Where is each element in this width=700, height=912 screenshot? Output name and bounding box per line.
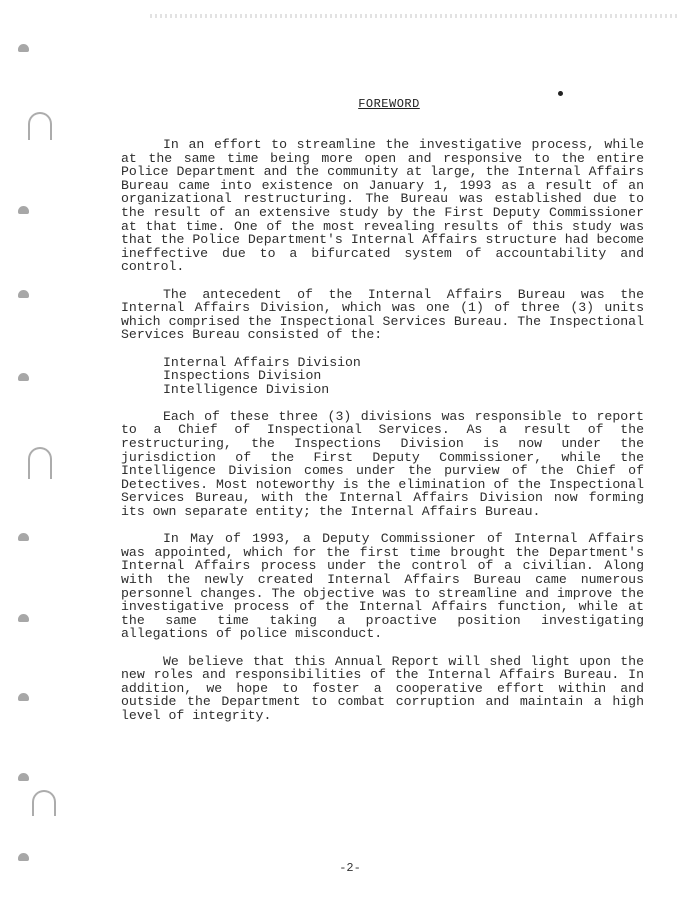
binder-hole [18,206,29,214]
paragraph-deputy-commissioner: In May of 1993, a Deputy Commissioner of… [121,532,644,641]
page-title: FOREWORD [0,97,700,111]
binder-hole [18,533,29,541]
list-item: Internal Affairs Division [163,356,644,370]
binder-hole [18,614,29,622]
page-number: -2- [0,861,700,875]
paragraph-intro: In an effort to streamline the investiga… [121,138,644,274]
list-item: Intelligence Division [163,383,644,397]
binder-ring [28,112,52,140]
binder-hole [18,693,29,701]
binder-hole [18,853,29,861]
binder-hole [18,373,29,381]
paragraph-restructuring: Each of these three (3) divisions was re… [121,410,644,519]
paragraph-antecedent: The antecedent of the Internal Affairs B… [121,288,644,342]
list-item: Inspections Division [163,369,644,383]
scan-speck [558,91,563,96]
binder-hole [18,290,29,298]
binder-ring [32,790,56,816]
document-page: FOREWORD In an effort to streamline the … [0,0,700,912]
divisions-list: Internal Affairs Division Inspections Di… [163,356,644,397]
scan-artifact-strip [150,14,680,18]
binder-hole [18,773,29,781]
binder-hole [18,44,29,52]
foreword-body: In an effort to streamline the investiga… [121,138,644,736]
binder-ring [28,447,52,479]
paragraph-closing: We believe that this Annual Report will … [121,655,644,723]
